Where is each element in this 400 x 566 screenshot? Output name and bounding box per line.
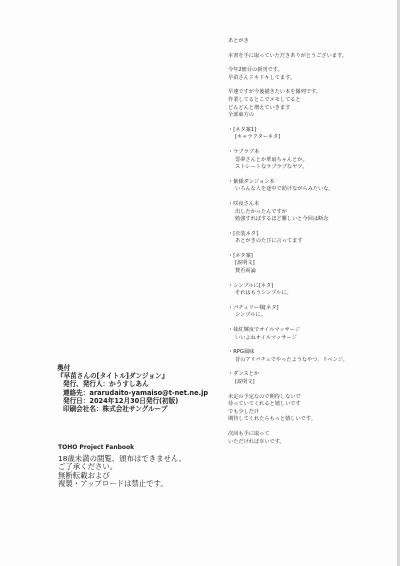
idea-item: ・ラブラブ本霊夢さんとか華扇ちゃんとか。 ストレートなラブラブなヤツ。 [228,149,388,172]
age-notice: 18歳未満の閲覧、頒布はできません。 ご了承ください。 無断転載および 複製・ア… [58,455,218,489]
afterword-title: あとがき [228,38,388,46]
publish-date: 発行日：2024年12月30日発行(初版) [57,397,237,405]
colophon: 奥付 『早苗さんの[タイトル]ダンジョン』 発行、発行人：かうすしあん 連絡先：… [57,364,237,413]
idea-item: ・RPG風味昔のアリパチュでやったようなやつ、リベンジ。 [228,349,388,364]
fanbook-label: TOHO Project Fanbook [58,444,134,451]
idea-item: ・妹紅輝夜でオイルマッサージいいよねオイルマッサージ [228,327,388,342]
idea-item: ・[ネタ案1][キャラクターネタ] [228,127,388,142]
afterword: あとがき 本書を手に取っていただきありがとうございます。 今年2冊目の新刊です。… [228,38,388,453]
publisher: 発行、発行人：かうすしあん [57,380,237,388]
idea-item: ・[衣装ネタ]あとがきのたびに言ってます [228,231,388,246]
afterword-closing: 未定の予定なので期待しないで 待っていてくれると嬉しいです でも少しだけ 期待し… [228,394,388,424]
afterword-paragraph: 今年2冊目の新刊です。 早苗さんドキドキしてます。 [228,67,388,82]
afterword-closing: 次回も手に取って いただければ幸いです。 [228,431,388,446]
idea-item: ・咲夜さん本出したかったんですが 勉強すればするほど難しいと今回は断念 [228,201,388,224]
afterword-paragraph: 本書を手に取っていただきありがとうございます。 [228,53,388,61]
idea-item: ・シンプルに[ネタ]それはもうシンプルに。 [228,283,388,298]
idea-item: ・パチュリー様[ネタ]シンプルに。 [228,305,388,320]
idea-item: ・[ネタ案][説明文] 賛否両論 [228,253,388,276]
idea-item: ・紫様ダンジョン本いろんな人を途中で助けながらみたいな。 [228,179,388,194]
printer: 印刷会社名：株式会社サングループ [57,405,237,413]
afterword-paragraph: 早速ですが今後描きたい本を羅列です。 作業してるとこでメモしてると どんどんと増… [228,89,388,119]
contact: 連絡先：ararudaito-yamaiso@t-net.ne.jp [57,389,237,397]
idea-item: ・ダンスとか[説明文] [228,371,388,386]
colophon-label: 奥付 [57,364,237,372]
